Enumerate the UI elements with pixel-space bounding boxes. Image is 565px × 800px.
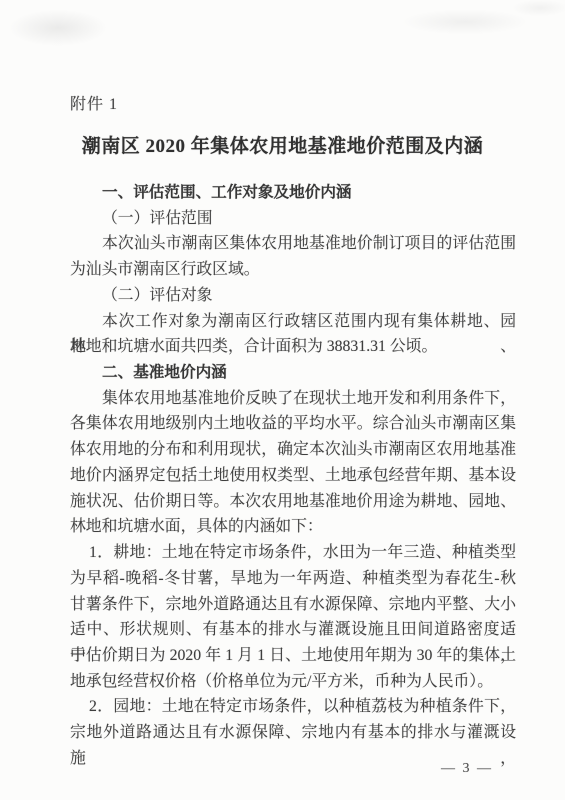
body-line: 施状况、估价期日等。本次农用地基准地价用途为耕地、园地、 <box>70 489 516 515</box>
body-line: 本次汕头市潮南区集体农用地基准地价制订项目的评估范围 <box>70 231 516 257</box>
body-line: 2．园地：土地在特定市场条件，以种植荔枝为种植条件下， <box>70 694 516 720</box>
section-heading: 一、评估范围、工作对象及地价内涵 <box>70 180 516 206</box>
body-line: 体农用地的分布和利用现状，确定本次汕头市潮南区农用地基准 <box>70 437 516 463</box>
body-line: 适中、形状规则、有基本的排水与灌溉设施且田间道路密度适中， <box>70 617 516 643</box>
body-line: 地承包经营权价格（价格单位为元/平方米，币种为人民币）。 <box>70 669 516 695</box>
body-line: 1．耕地：土地在特定市场条件，水田为一年三造、种植类型 <box>70 540 516 566</box>
body-line: 于估价期日为 2020 年 1 月 1 日、土地使用年期为 30 年的集体土 <box>70 643 516 669</box>
page-number: — 3 — <box>441 761 493 777</box>
body-line: 本次工作对象为潮南区行政辖区范围内现有集体耕地、园地、 <box>70 309 516 335</box>
body-line: 为汕头市潮南区行政区域。 <box>70 257 516 283</box>
subsection-heading: （一）评估范围 <box>70 206 516 232</box>
document-title: 潮南区 2020 年集体农用地基准地价范围及内涵 <box>40 131 525 158</box>
body-line: 为早稻-晚稻-冬甘薯，旱地为一年两造、种植类型为春花生-秋 <box>70 566 516 592</box>
body-line: 甘薯条件下，宗地外道路通达且有水源保障、宗地内平整、大小 <box>70 592 516 618</box>
section-heading: 二、基准地价内涵 <box>70 360 516 386</box>
body-line: 林地和坑塘水面，具体的内涵如下： <box>70 514 516 540</box>
subsection-heading: （二）评估对象 <box>70 283 516 309</box>
attachment-label: 附件 1 <box>70 91 118 114</box>
body-line: 宗地外道路通达且有水源保障、宗地内有基本的排水与灌溉设施， <box>70 720 516 746</box>
body-line: 地价内涵界定包括土地使用权类型、土地承包经营年期、基本设 <box>70 463 516 489</box>
document-lines: 一、评估范围、工作对象及地价内涵（一）评估范围本次汕头市潮南区集体农用地基准地价… <box>70 180 516 746</box>
scanned-document-page: 附件 1 潮南区 2020 年集体农用地基准地价范围及内涵 一、评估范围、工作对… <box>0 0 565 800</box>
body-line: 集体农用地基准地价反映了在现状土地开发和利用条件下， <box>70 386 516 412</box>
body-line: 各集体农用地级别内土地收益的平均水平。综合汕头市潮南区集 <box>70 411 516 437</box>
